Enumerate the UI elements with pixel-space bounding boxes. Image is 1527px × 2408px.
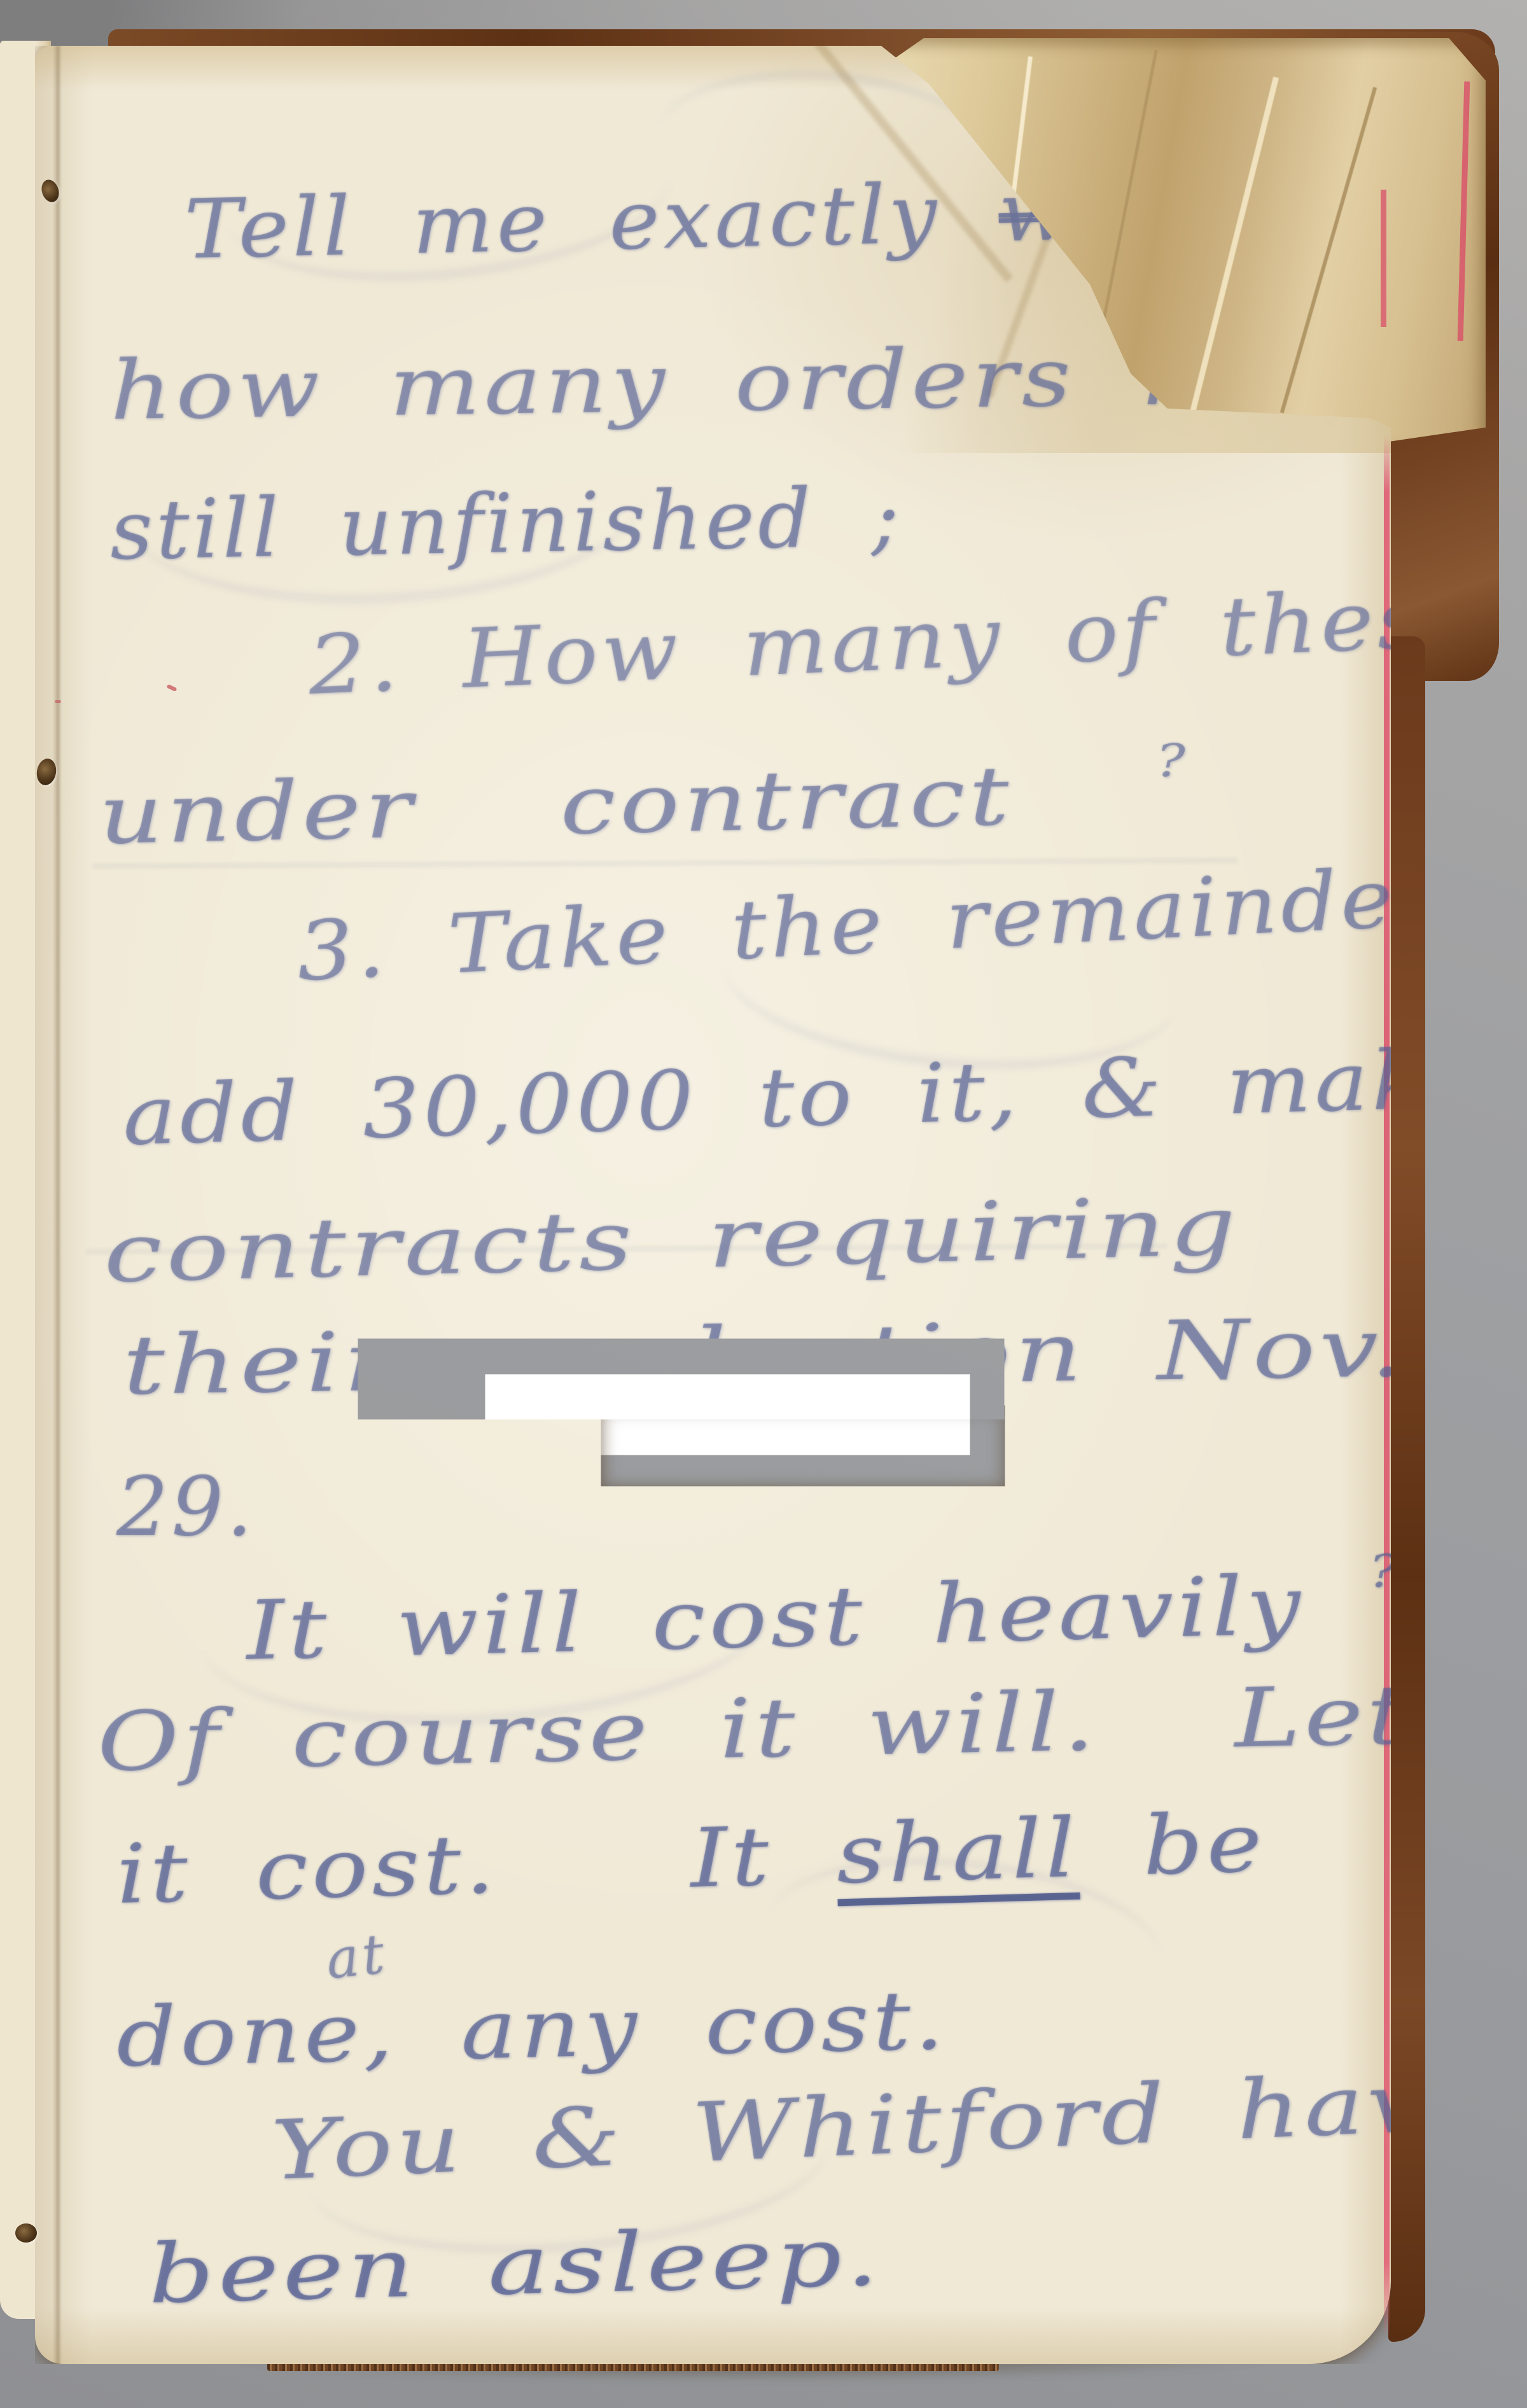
handwriting-line-7: add 30,000 to it, & make bbox=[122, 1031, 1487, 1164]
stitch-hole bbox=[15, 2223, 37, 2243]
handwriting-line-10: 29. bbox=[116, 1460, 256, 1555]
handwriting-text: add 30,000 to it, & make bbox=[122, 1031, 1487, 1164]
handwriting-line-9: their production Nov. bbox=[122, 1301, 1408, 1413]
question-mark: ? bbox=[1155, 734, 1190, 787]
handwriting-line-8: contracts requiring bbox=[102, 1179, 1241, 1301]
red-page-edge-understack bbox=[1381, 190, 1386, 327]
leather-binding-right bbox=[1388, 636, 1425, 2342]
handwriting-text: at bbox=[323, 1922, 391, 1991]
handwriting-text: done, any cost. bbox=[115, 1973, 948, 2085]
handwriting-text: it cost. It bbox=[115, 1807, 838, 1922]
inserted-word: at bbox=[323, 1922, 391, 1991]
handwriting-text: 29. bbox=[116, 1460, 256, 1555]
red-fiber-speck bbox=[55, 700, 61, 703]
page-edge-fold bbox=[1280, 87, 1377, 413]
handwriting-line-3: still unfinished ; bbox=[109, 470, 903, 578]
handwriting-text: under contract bbox=[98, 746, 1158, 863]
handwriting-line-17: been asleep. bbox=[147, 2209, 883, 2322]
handwriting-text: their production Nov. bbox=[122, 1301, 1408, 1413]
handwriting-text: It will cost heavily bbox=[245, 1557, 1371, 1679]
handwriting-text: contracts requiring bbox=[102, 1179, 1241, 1301]
underlined-word: shall bbox=[835, 1801, 1080, 1903]
handwriting-text: been asleep. bbox=[147, 2209, 883, 2322]
gutter-crease bbox=[53, 46, 62, 2364]
handwriting-text: Tell me exactly bbox=[183, 165, 1000, 277]
handwriting-text: be bbox=[1077, 1796, 1267, 1896]
notebook-scan: Tell me exactly when how many orders now… bbox=[0, 0, 1527, 2408]
handwriting-text: still unfinished ; bbox=[109, 470, 903, 578]
handwriting-line-15: done, any cost. bbox=[115, 1973, 948, 2085]
page-edge-fold bbox=[1185, 77, 1279, 431]
handwriting-line-5: under contract ? bbox=[97, 734, 1191, 863]
